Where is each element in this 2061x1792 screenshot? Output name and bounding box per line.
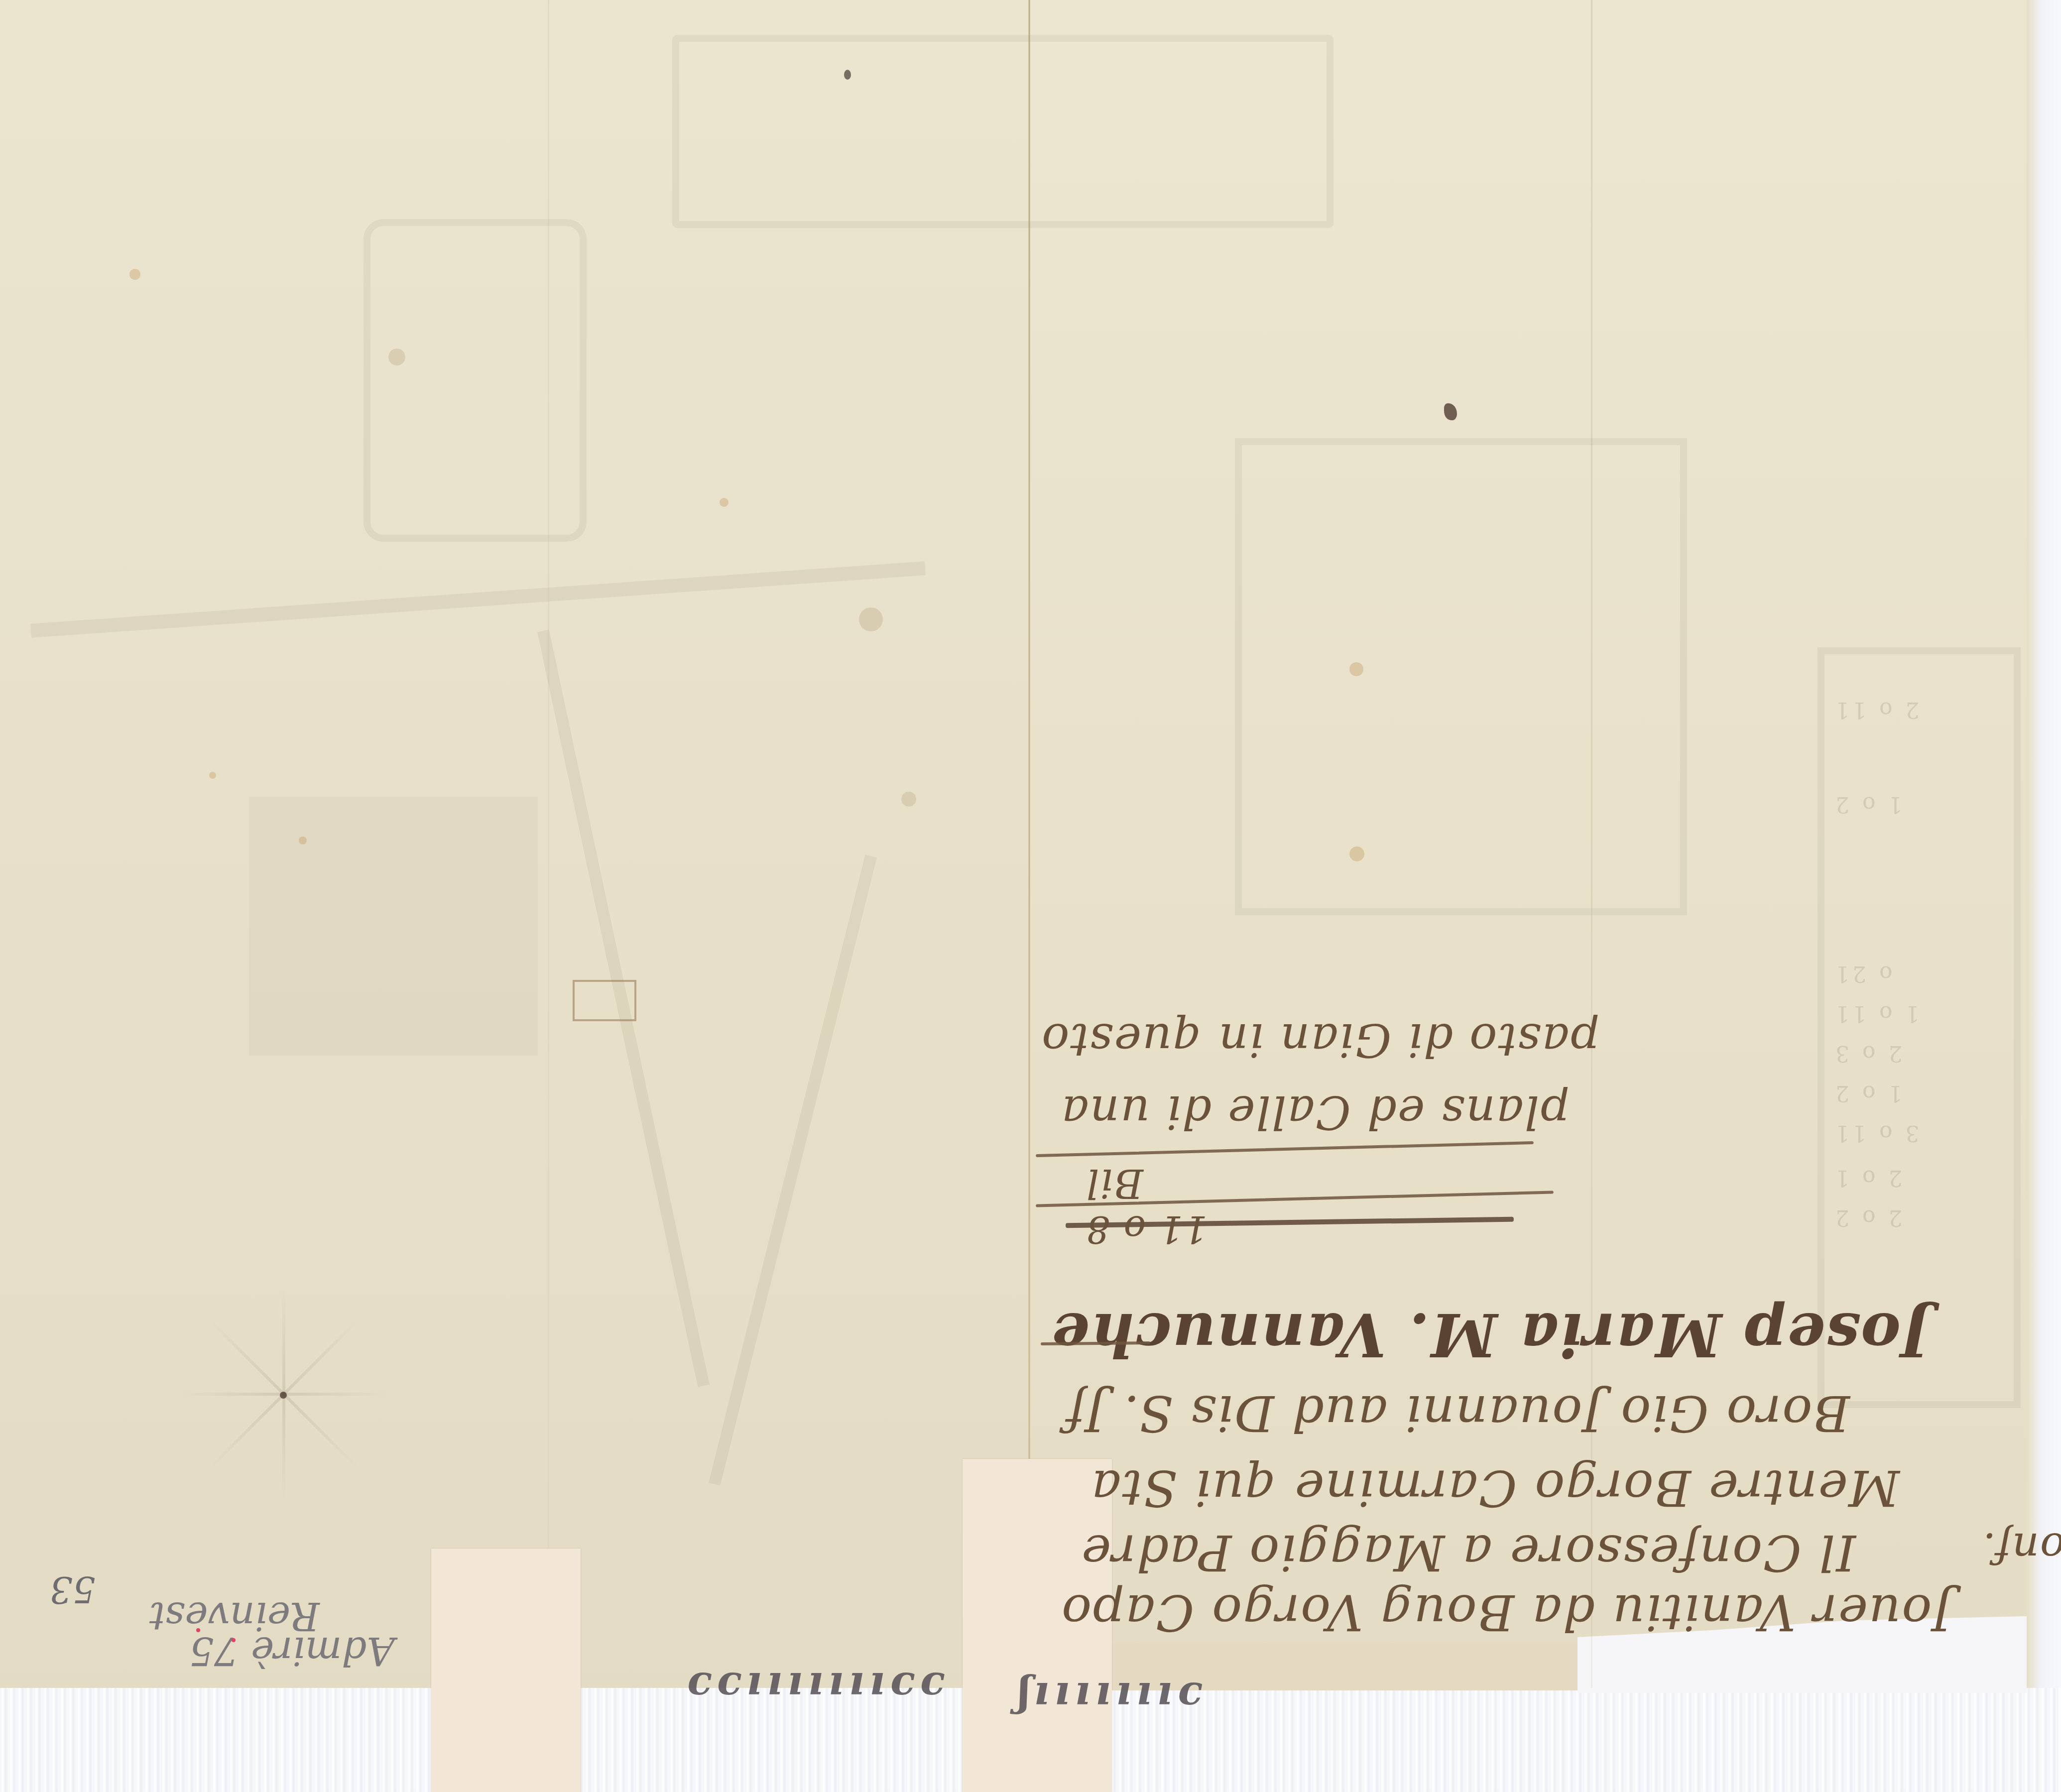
red-ink-dot	[232, 1638, 236, 1642]
pencil-number: 53	[50, 1568, 96, 1610]
ghost-frame-top	[672, 35, 1334, 228]
center-seam	[1029, 0, 1030, 1688]
ghost-field	[249, 797, 538, 1056]
right-edge-shadow	[2027, 0, 2061, 1688]
ghost-table-row: 2 o 11	[1832, 697, 1919, 722]
ink-rectangle-mark	[573, 980, 636, 1021]
ghost-table-row: 1 o 2	[1832, 1080, 1902, 1106]
manuscript-line: Mentre Borgo Carmine qui Sta	[1091, 1459, 1900, 1517]
manuscript-line: pasto di Gian in questo	[1041, 1013, 1599, 1067]
ghost-table-row: o 21	[1832, 961, 1892, 986]
ghost-table-row: 1 o 11	[1832, 1001, 1919, 1026]
ghost-table-row: 1 o 2	[1832, 792, 1902, 817]
manuscript-line: Jouer Vanitiu da Boug Vorgo Capo	[1061, 1583, 1953, 1642]
ghost-table-row: 2 o 2	[1832, 1205, 1902, 1230]
pencil-note: Reinvest	[149, 1593, 320, 1638]
stamp-mark-left: ɔɔıııııııɔɔ	[682, 1663, 945, 1711]
manuscript-line: plans ed Calle di una	[1061, 1085, 1570, 1139]
ghost-table-row: 2 o 1	[1832, 1165, 1902, 1191]
manuscript-margin-note: Conf.	[1982, 1524, 2061, 1572]
ghost-table-row: 3 o 11	[1832, 1120, 1919, 1146]
manuscript-line: Il Confessore a Maggio Padre	[1081, 1524, 1856, 1582]
manuscript-line: 11 o 8	[1086, 1207, 1208, 1250]
ghost-table-row: 2 o 3	[1832, 1041, 1902, 1066]
ghost-table-frame	[1818, 647, 2021, 1408]
red-ink-dot	[196, 1628, 200, 1632]
paper-tab-left	[431, 1549, 581, 1792]
ghost-frame-building	[1235, 438, 1687, 915]
manuscript-line: Bil	[1086, 1160, 1143, 1206]
manuscript-line: Boro Gio Jouanni aud Dis S. Jf	[1066, 1384, 1850, 1442]
stamp-mark-right: ɔıııııııʃ	[1011, 1673, 1203, 1721]
manuscript-signature: Josep Maria M. Vannuche	[1051, 1300, 1930, 1370]
ghost-frame-arch	[364, 219, 587, 542]
